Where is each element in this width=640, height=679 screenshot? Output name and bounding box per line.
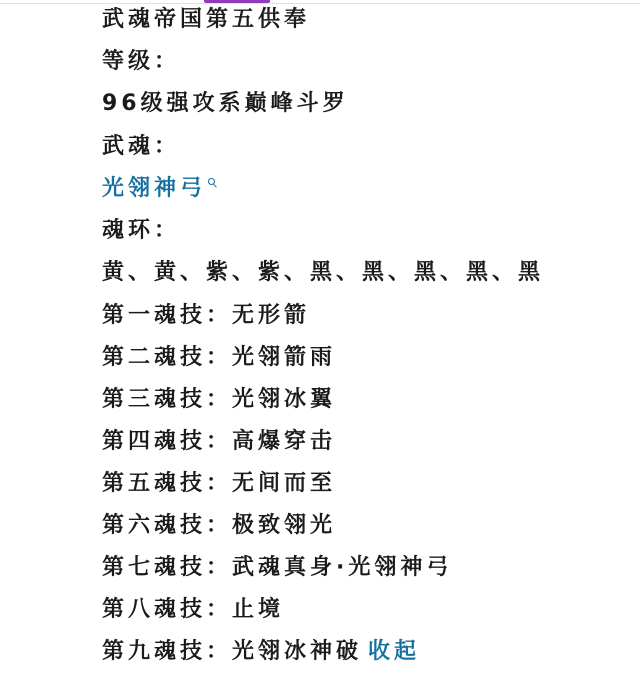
- top-divider: [0, 3, 640, 4]
- soul-skill-value: 高爆穿击: [232, 429, 336, 454]
- soul-rings-value: 黄、黄、紫、紫、黑、黑、黑、黑、黑: [102, 259, 544, 287]
- soul-skill-8: 第八魂技：止境: [102, 596, 284, 624]
- soul-skill-5: 第五魂技：无间而至: [102, 470, 336, 498]
- soul-skill-4: 第四魂技：高爆穿击: [102, 428, 336, 456]
- character-title: 武魂帝国第五供奉: [102, 6, 310, 34]
- soul-skill-value: 无间而至: [232, 471, 336, 496]
- soul-skill-label: 第九魂技：: [102, 639, 232, 664]
- level-label: 等级：: [102, 48, 180, 76]
- soul-skill-2: 第二魂技：光翎箭雨: [102, 344, 336, 372]
- soul-skill-3: 第三魂技：光翎冰翼: [102, 386, 336, 414]
- soul-skill-value: 武魂真身·光翎神弓: [232, 555, 452, 580]
- soul-skill-label: 第五魂技：: [102, 471, 232, 496]
- level-value: 96级强攻系巅峰斗罗: [102, 90, 349, 118]
- soul-skill-value: 光翎冰翼: [232, 387, 336, 412]
- soul-skill-9: 第九魂技：光翎冰神破收起: [102, 638, 420, 666]
- soul-skill-6: 第六魂技：极致翎光: [102, 512, 336, 540]
- soul-skill-value: 光翎箭雨: [232, 345, 336, 370]
- soul-skill-label: 第八魂技：: [102, 597, 232, 622]
- martial-soul-label: 武魂：: [102, 133, 180, 161]
- soul-skill-label: 第六魂技：: [102, 513, 232, 538]
- martial-soul-row: 光翎神弓: [102, 175, 217, 203]
- soul-skill-value: 极致翎光: [232, 513, 336, 538]
- soul-skill-label: 第三魂技：: [102, 387, 232, 412]
- soul-skill-label: 第一魂技：: [102, 303, 232, 328]
- soul-skill-label: 第七魂技：: [102, 555, 232, 580]
- soul-skill-value: 光翎冰神破: [232, 639, 362, 664]
- martial-soul-link[interactable]: 光翎神弓: [102, 176, 206, 201]
- soul-skill-label: 第四魂技：: [102, 429, 232, 454]
- soul-skill-value: 止境: [232, 597, 284, 622]
- soul-skill-7: 第七魂技：武魂真身·光翎神弓: [102, 554, 452, 582]
- active-tab-indicator: [204, 0, 270, 3]
- soul-rings-label: 魂环：: [102, 217, 180, 245]
- soul-skill-label: 第二魂技：: [102, 345, 232, 370]
- search-icon[interactable]: [208, 178, 217, 187]
- soul-skill-value: 无形箭: [232, 303, 310, 328]
- collapse-link[interactable]: 收起: [368, 639, 420, 664]
- soul-skill-1: 第一魂技：无形箭: [102, 302, 310, 330]
